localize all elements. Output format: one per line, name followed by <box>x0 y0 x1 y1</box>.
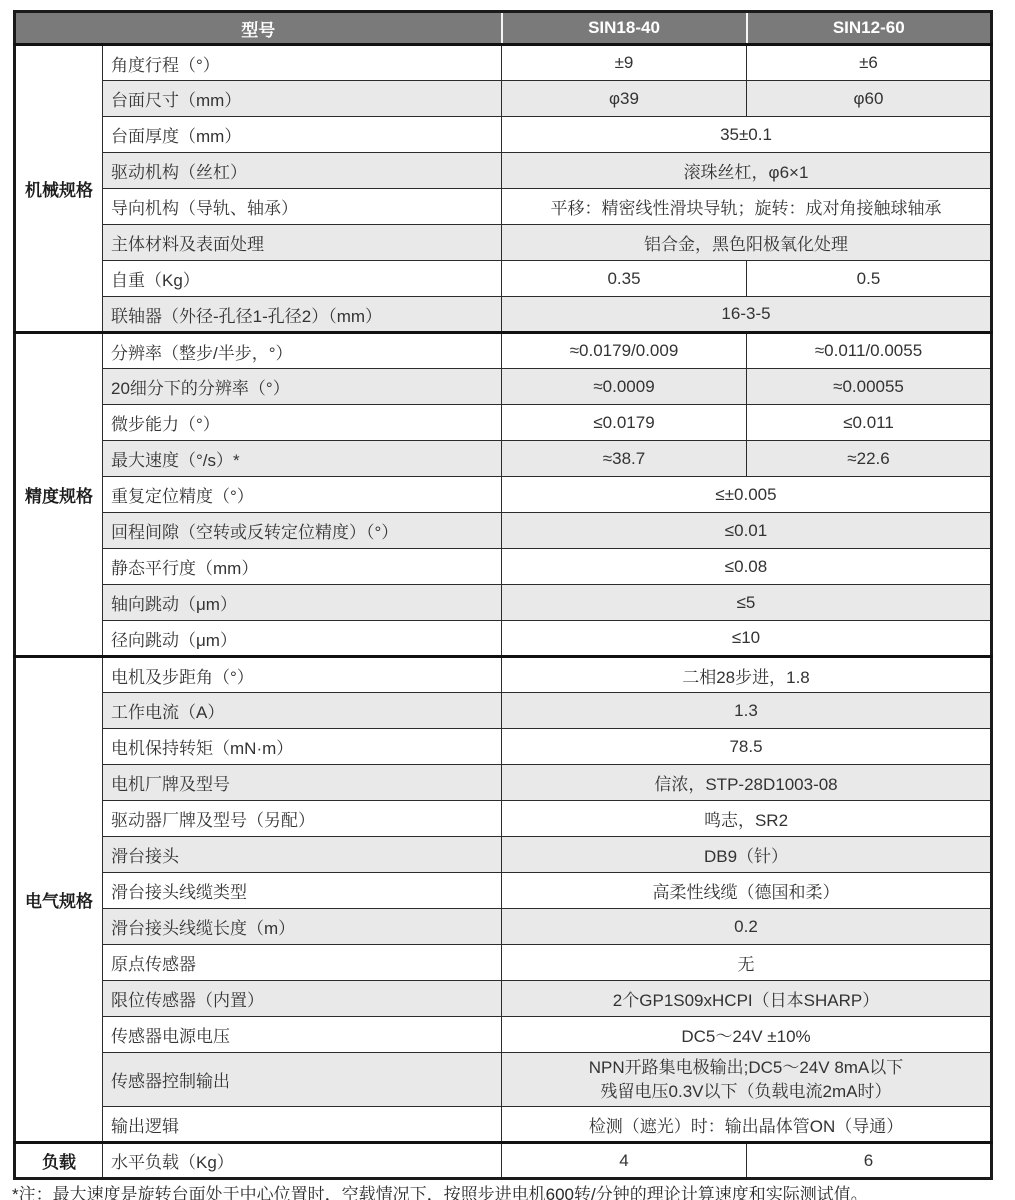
spec-value-span: 铝合金，黑色阳极氧化处理 <box>502 225 992 261</box>
spec-value-line: 残留电压0.3V以下（负载电流2mA时） <box>510 1080 982 1103</box>
spec-value-span: 高柔性线缆（德国和柔） <box>502 873 992 909</box>
spec-value: ≈0.00055 <box>747 369 992 405</box>
table-row: 滑台接头线缆类型高柔性线缆（德国和柔） <box>15 873 992 909</box>
spec-label: 轴向跳动（μm） <box>103 585 502 621</box>
table-row: 工作电流（A）1.3 <box>15 693 992 729</box>
footnote: *注：最大速度是旋转台面处于中心位置时，空载情况下，按照步进电机600转/分钟的… <box>12 1180 1012 1200</box>
section-group-label: 机械规格 <box>15 45 103 333</box>
spec-value-span: DC5～24V ±10% <box>502 1017 992 1053</box>
spec-label: 电机厂牌及型号 <box>103 765 502 801</box>
spec-label: 水平负载（Kg） <box>103 1143 502 1179</box>
spec-value-span: ≤±0.005 <box>502 477 992 513</box>
table-row: 导向机构（导轨、轴承）平移：精密线性滑块导轨；旋转：成对角接触球轴承 <box>15 189 992 225</box>
header-model-1: SIN18-40 <box>502 12 747 45</box>
spec-label: 重复定位精度（°） <box>103 477 502 513</box>
table-row: 电气规格电机及步距角（°）二相28步进，1.8 <box>15 657 992 693</box>
table-row: 回程间隙（空转或反转定位精度）（°）≤0.01 <box>15 513 992 549</box>
spec-label: 台面尺寸（mm） <box>103 81 502 117</box>
spec-value-span: 78.5 <box>502 729 992 765</box>
table-row: 轴向跳动（μm）≤5 <box>15 585 992 621</box>
spec-label: 分辨率（整步/半步，°） <box>103 333 502 369</box>
spec-label: 滑台接头线缆类型 <box>103 873 502 909</box>
spec-value-span: NPN开路集电极输出;DC5～24V 8mA以下残留电压0.3V以下（负载电流2… <box>502 1053 992 1107</box>
table-row: 电机保持转矩（mN·m）78.5 <box>15 729 992 765</box>
spec-value: ≈22.6 <box>747 441 992 477</box>
table-row: 最大速度（°/s）*≈38.7≈22.6 <box>15 441 992 477</box>
table-row: 自重（Kg）0.350.5 <box>15 261 992 297</box>
spec-value: ≤0.0179 <box>502 405 747 441</box>
spec-value: 0.35 <box>502 261 747 297</box>
spec-value: ≈0.0009 <box>502 369 747 405</box>
spec-value: ≈0.0179/0.009 <box>502 333 747 369</box>
spec-value-span: 二相28步进，1.8 <box>502 657 992 693</box>
spec-label: 传感器控制输出 <box>103 1053 502 1107</box>
spec-label: 自重（Kg） <box>103 261 502 297</box>
spec-value: 4 <box>502 1143 747 1179</box>
table-row: 传感器控制输出NPN开路集电极输出;DC5～24V 8mA以下残留电压0.3V以… <box>15 1053 992 1107</box>
spec-label: 角度行程（°） <box>103 45 502 81</box>
table-row: 精度规格分辨率（整步/半步，°）≈0.0179/0.009≈0.011/0.00… <box>15 333 992 369</box>
spec-sheet-page: 型号 SIN18-40 SIN12-60 机械规格角度行程（°）±9±6台面尺寸… <box>0 0 1015 1200</box>
spec-value-span: 信浓，STP-28D1003-08 <box>502 765 992 801</box>
spec-value-span: 0.2 <box>502 909 992 945</box>
spec-value: φ60 <box>747 81 992 117</box>
header-model-label: 型号 <box>15 12 502 45</box>
table-row: 台面尺寸（mm）φ39φ60 <box>15 81 992 117</box>
spec-label: 最大速度（°/s）* <box>103 441 502 477</box>
spec-value: ≤0.011 <box>747 405 992 441</box>
spec-label: 滑台接头线缆长度（m） <box>103 909 502 945</box>
section-group-label: 精度规格 <box>15 333 103 657</box>
spec-label: 静态平行度（mm） <box>103 549 502 585</box>
spec-value: φ39 <box>502 81 747 117</box>
table-row: 滑台接头DB9（针） <box>15 837 992 873</box>
spec-label: 联轴器（外径-孔径1-孔径2）（mm） <box>103 297 502 333</box>
table-row: 20细分下的分辨率（°）≈0.0009≈0.00055 <box>15 369 992 405</box>
table-row: 电机厂牌及型号信浓，STP-28D1003-08 <box>15 765 992 801</box>
section-group-label: 负载 <box>15 1143 103 1179</box>
spec-label: 驱动器厂牌及型号（另配） <box>103 801 502 837</box>
section-group-label: 电气规格 <box>15 657 103 1143</box>
table-row: 联轴器（外径-孔径1-孔径2）（mm）16-3-5 <box>15 297 992 333</box>
table-row: 驱动机构（丝杠）滚珠丝杠，φ6×1 <box>15 153 992 189</box>
table-row: 微步能力（°）≤0.0179≤0.011 <box>15 405 992 441</box>
spec-label: 主体材料及表面处理 <box>103 225 502 261</box>
spec-value-span: ≤5 <box>502 585 992 621</box>
spec-label: 台面厚度（mm） <box>103 117 502 153</box>
spec-value-span: 1.3 <box>502 693 992 729</box>
table-row: 驱动器厂牌及型号（另配）鸣志，SR2 <box>15 801 992 837</box>
spec-label: 滑台接头 <box>103 837 502 873</box>
spec-label: 电机及步距角（°） <box>103 657 502 693</box>
spec-value-span: 检测（遮光）时：输出晶体管ON（导通） <box>502 1107 992 1143</box>
spec-value: 0.5 <box>747 261 992 297</box>
spec-value-span: 2个GP1S09xHCPI（日本SHARP） <box>502 981 992 1017</box>
spec-value-span: ≤10 <box>502 621 992 657</box>
spec-label: 限位传感器（内置） <box>103 981 502 1017</box>
spec-value-span: 平移：精密线性滑块导轨；旋转：成对角接触球轴承 <box>502 189 992 225</box>
spec-label: 工作电流（A） <box>103 693 502 729</box>
spec-value: 6 <box>747 1143 992 1179</box>
table-row: 负载水平负载（Kg）46 <box>15 1143 992 1179</box>
table-row: 限位传感器（内置）2个GP1S09xHCPI（日本SHARP） <box>15 981 992 1017</box>
spec-label: 微步能力（°） <box>103 405 502 441</box>
spec-label: 导向机构（导轨、轴承） <box>103 189 502 225</box>
spec-label: 驱动机构（丝杠） <box>103 153 502 189</box>
spec-value: ≈38.7 <box>502 441 747 477</box>
table-row: 滑台接头线缆长度（m）0.2 <box>15 909 992 945</box>
table-row: 主体材料及表面处理铝合金，黑色阳极氧化处理 <box>15 225 992 261</box>
spec-label: 原点传感器 <box>103 945 502 981</box>
spec-label: 传感器电源电压 <box>103 1017 502 1053</box>
spec-value-line: NPN开路集电极输出;DC5～24V 8mA以下 <box>510 1056 982 1079</box>
table-row: 台面厚度（mm）35±0.1 <box>15 117 992 153</box>
spec-value-span: 35±0.1 <box>502 117 992 153</box>
spec-label: 回程间隙（空转或反转定位精度）（°） <box>103 513 502 549</box>
spec-value: ±6 <box>747 45 992 81</box>
table-header-row: 型号 SIN18-40 SIN12-60 <box>15 12 992 45</box>
spec-value: ±9 <box>502 45 747 81</box>
table-row: 静态平行度（mm）≤0.08 <box>15 549 992 585</box>
table-row: 原点传感器无 <box>15 945 992 981</box>
spec-label: 径向跳动（μm） <box>103 621 502 657</box>
table-row: 传感器电源电压DC5～24V ±10% <box>15 1017 992 1053</box>
spec-table: 型号 SIN18-40 SIN12-60 机械规格角度行程（°）±9±6台面尺寸… <box>13 10 993 1180</box>
spec-value-span: 无 <box>502 945 992 981</box>
spec-label: 电机保持转矩（mN·m） <box>103 729 502 765</box>
spec-value-span: 滚珠丝杠，φ6×1 <box>502 153 992 189</box>
spec-label: 输出逻辑 <box>103 1107 502 1143</box>
spec-value-span: ≤0.08 <box>502 549 992 585</box>
table-row: 输出逻辑检测（遮光）时：输出晶体管ON（导通） <box>15 1107 992 1143</box>
spec-label: 20细分下的分辨率（°） <box>103 369 502 405</box>
spec-value-span: 16-3-5 <box>502 297 992 333</box>
spec-value: ≈0.011/0.0055 <box>747 333 992 369</box>
header-model-2: SIN12-60 <box>747 12 992 45</box>
spec-value-span: ≤0.01 <box>502 513 992 549</box>
table-row: 机械规格角度行程（°）±9±6 <box>15 45 992 81</box>
spec-table-body: 机械规格角度行程（°）±9±6台面尺寸（mm）φ39φ60台面厚度（mm）35±… <box>15 45 992 1179</box>
spec-value-span: 鸣志，SR2 <box>502 801 992 837</box>
table-row: 重复定位精度（°）≤±0.005 <box>15 477 992 513</box>
spec-value-span: DB9（针） <box>502 837 992 873</box>
table-row: 径向跳动（μm）≤10 <box>15 621 992 657</box>
